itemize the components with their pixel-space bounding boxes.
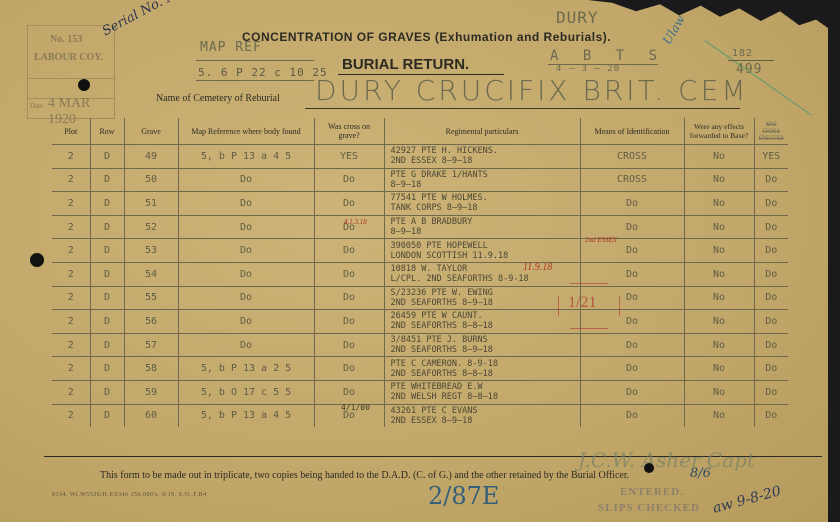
cell-map-ref: 5, b P 13 a 4 5 [178, 145, 314, 169]
cemetery-label: Name of Cemetery of Reburial [156, 93, 280, 104]
cell-regimental: PTE G DRAKE 1/HANTS8—9—18 [384, 168, 580, 192]
cell-effects: No [684, 404, 754, 427]
table-row: 2D56DoDo26459 PTE W CAUNT.2ND SEAFORTHS … [52, 310, 788, 334]
cell-erected: Do [754, 192, 788, 216]
cell-cross: Do [314, 310, 384, 334]
cell-cross: Do [314, 239, 384, 263]
cell-means: Do [580, 262, 684, 286]
abts-label: A B T S [550, 48, 665, 64]
map-ref-label: MAP REF [200, 40, 262, 55]
burial-table: Plot Row Grave Map Reference where body … [52, 118, 788, 427]
col-cross-erected: WAS CROSS ERECTED [754, 118, 788, 145]
cell-grave: 57 [124, 333, 178, 357]
col-grave: Grave [124, 118, 178, 145]
cell-cross: Do [314, 357, 384, 381]
cell-regimental: PTE C CAMERON. 8-9-182ND SEAFORTHS 8—8—1… [384, 357, 580, 381]
cell-erected: Do [754, 168, 788, 192]
cell-means: Do [580, 380, 684, 404]
table-row: 2D495, b P 13 a 4 5YES42927 PTE H. HICKE… [52, 145, 788, 169]
cell-grave: 50 [124, 168, 178, 192]
cell-means: Do [580, 357, 684, 381]
cell-grave: 59 [124, 380, 178, 404]
cell-effects: No [684, 286, 754, 310]
stamp-unit-name: LABOUR COY. [34, 52, 103, 63]
cell-map-ref: 5, b P 13 a 4 5 [178, 404, 314, 427]
cell-effects: No [684, 239, 754, 263]
cell-regimental: 77541 PTE W HOLMES.TANK CORPS 8—9—18 [384, 192, 580, 216]
punch-hole [30, 253, 44, 267]
cell-erected: YES [754, 145, 788, 169]
cell-erected: Do [754, 262, 788, 286]
cell-grave: 54 [124, 262, 178, 286]
col-map-ref: Map Reference where body found [178, 118, 314, 145]
cell-plot: 2 [52, 262, 90, 286]
red-regiment-annotation: 2nd ESSEX [585, 236, 617, 244]
cell-effects: No [684, 262, 754, 286]
cell-effects: No [684, 145, 754, 169]
cell-means: Do [580, 192, 684, 216]
cell-erected: Do [754, 215, 788, 239]
cell-effects: No [684, 192, 754, 216]
cell-grave: 52 [124, 215, 178, 239]
cell-map-ref: 5, b O 17 c 5 5 [178, 380, 314, 404]
table-row: 2D605, b P 13 a 4 5Do43261 PTE C EVANS2N… [52, 404, 788, 427]
cell-row: D [90, 333, 124, 357]
cell-effects: No [684, 168, 754, 192]
cell-map-ref: Do [178, 286, 314, 310]
print-code: 8134. Wt.W5526/H.P.6346 150,000's. 9/19.… [52, 492, 207, 498]
slips-checked-stamp: SLIPS CHECKED [598, 502, 700, 514]
col-row: Row [90, 118, 124, 145]
cell-cross: YES [314, 145, 384, 169]
burial-return-form: No. 153 LABOUR COY. Date 4 MAR 1920 Seri… [0, 0, 828, 522]
cell-cross: Do [314, 333, 384, 357]
cell-effects: No [684, 310, 754, 334]
cell-grave: 49 [124, 145, 178, 169]
cell-map-ref: Do [178, 333, 314, 357]
cell-grave: 58 [124, 357, 178, 381]
table-row: 2D595, b O 17 c 5 5DoPTE WHITEBREAD E.W2… [52, 380, 788, 404]
cell-row: D [90, 404, 124, 427]
col-plot: Plot [52, 118, 90, 145]
cell-map-ref: Do [178, 310, 314, 334]
cell-regimental: 26459 PTE W CAUNT.2ND SEAFORTHS 8—8—18 [384, 310, 580, 334]
cell-map-ref: Do [178, 192, 314, 216]
cell-plot: 2 [52, 192, 90, 216]
cell-plot: 2 [52, 215, 90, 239]
cell-regimental: PTE WHITEBREAD E.W2ND WELSH REGT 8—8—18 [384, 380, 580, 404]
cell-plot: 2 [52, 357, 90, 381]
cell-row: D [90, 310, 124, 334]
cell-plot: 2 [52, 333, 90, 357]
table-row: 2D585, b P 13 a 2 5DoPTE C CAMERON. 8-9-… [52, 357, 788, 381]
ref-fraction-top: 182 [732, 48, 753, 59]
stamp-unit-no: No. 153 [50, 34, 82, 45]
cell-row: D [90, 262, 124, 286]
form-title: CONCENTRATION OF GRAVES (Exhumation and … [242, 30, 611, 44]
table-row: 2D57DoDo3/8451 PTE J. BURNS2ND SEAFORTHS… [52, 333, 788, 357]
cell-erected: Do [754, 239, 788, 263]
cell-means: Do [580, 404, 684, 427]
cell-regimental: PTE A B BRADBURY8—9—18 [384, 215, 580, 239]
cell-row: D [90, 192, 124, 216]
ink-dot [644, 463, 654, 473]
cell-means: Do [580, 333, 684, 357]
red-date-annotation-2: 11.9.18 [523, 262, 552, 273]
date-annotation-row11: 4/1/00 [341, 403, 370, 412]
table-row: 2D50DoDoPTE G DRAKE 1/HANTS8—9—18CROSSNo… [52, 168, 788, 192]
cell-erected: Do [754, 404, 788, 427]
cell-erected: Do [754, 357, 788, 381]
cell-row: D [90, 168, 124, 192]
cell-grave: 55 [124, 286, 178, 310]
serial-no: Serial No. NR. 84. [100, 0, 213, 39]
cell-grave: 51 [124, 192, 178, 216]
cell-effects: No [684, 380, 754, 404]
cell-row: D [90, 380, 124, 404]
cell-map-ref: Do [178, 239, 314, 263]
cell-regimental: 42927 PTE H. HICKENS.2ND ESSEX 8—9—18 [384, 145, 580, 169]
cell-cross: Do [314, 192, 384, 216]
footer-instruction: This form to be made out in triplicate, … [100, 470, 629, 481]
cell-means: CROSS [580, 168, 684, 192]
cell-effects: No [684, 357, 754, 381]
torn-edge [588, 0, 828, 28]
cell-row: D [90, 286, 124, 310]
form-subtitle: BURIAL RETURN. [342, 56, 469, 73]
table-header: Plot Row Grave Map Reference where body … [52, 118, 788, 145]
cell-map-ref: Do [178, 168, 314, 192]
table-row: 2D51DoDo77541 PTE W HOLMES.TANK CORPS 8—… [52, 192, 788, 216]
cell-erected: Do [754, 286, 788, 310]
cell-plot: 2 [52, 380, 90, 404]
top-note-dury: DURY [556, 8, 599, 27]
map-ref-value: 5. 6 P 22 c 10 25 [198, 66, 328, 79]
stamp-date-label: Date [30, 102, 43, 110]
cell-plot: 2 [52, 404, 90, 427]
abts-date: 4 — 3 — 20 [556, 64, 620, 74]
entered-stamp: ENTERED. [620, 486, 684, 498]
cell-row: D [90, 239, 124, 263]
cell-plot: 2 [52, 145, 90, 169]
table-row: 2D55DoDoS/23236 PTE W. EWING2ND SEAFORTH… [52, 286, 788, 310]
cell-map-ref: Do [178, 215, 314, 239]
cell-row: D [90, 215, 124, 239]
slips-signature: aw 9-8-20 [711, 483, 783, 517]
cell-plot: 2 [52, 239, 90, 263]
cell-effects: No [684, 333, 754, 357]
cell-grave: 53 [124, 239, 178, 263]
cell-grave: 60 [124, 404, 178, 427]
officer-signature: J.C.W. Asher Capt [578, 448, 755, 472]
cell-plot: 2 [52, 286, 90, 310]
cell-map-ref: 5, b P 13 a 2 5 [178, 357, 314, 381]
cell-plot: 2 [52, 168, 90, 192]
cell-erected: Do [754, 310, 788, 334]
cemetery-name: DURY CRUCIFIX BRIT. CEM [315, 74, 749, 107]
cell-regimental: 43261 PTE C EVANS2ND ESSEX 8—9—18 [384, 404, 580, 427]
reference-number: 2/87E [428, 482, 499, 510]
cell-map-ref: Do [178, 262, 314, 286]
cell-cross: Do [314, 168, 384, 192]
cell-row: D [90, 357, 124, 381]
table-row: 2D53DoDo390050 PTE HOPEWELLLONDON SCOTTI… [52, 239, 788, 263]
cell-plot: 2 [52, 310, 90, 334]
col-means-id: Means of Identification [580, 118, 684, 145]
col-regimental: Regimental particulars [384, 118, 580, 145]
labour-coy-stamp: No. 153 LABOUR COY. Date 4 MAR 1920 [27, 25, 115, 119]
red-stamp-text: 1/21 [568, 294, 596, 312]
table-row: 2D52DoDoPTE A B BRADBURY8—9—18DoNoDo [52, 215, 788, 239]
cell-means: CROSS [580, 145, 684, 169]
col-cross: Was cross on grave? [314, 118, 384, 145]
cell-effects: No [684, 215, 754, 239]
table-row: 2D54DoDo10818 W. TAYLORL/CPL. 2ND SEAFOR… [52, 262, 788, 286]
cell-erected: Do [754, 333, 788, 357]
cell-erected: Do [754, 380, 788, 404]
ink-blot [78, 79, 90, 91]
cell-cross: Do [314, 286, 384, 310]
cell-regimental: 3/8451 PTE J. BURNS2ND SEAFORTHS 8—9—18 [384, 333, 580, 357]
cell-cross: Do [314, 380, 384, 404]
cell-cross: Do [314, 262, 384, 286]
cell-row: D [90, 145, 124, 169]
cell-regimental: 390050 PTE HOPEWELLLONDON SCOTTISH 11.9.… [384, 239, 580, 263]
red-date-annotation: 4.1.3.18 [344, 218, 367, 226]
cell-regimental: S/23236 PTE W. EWING2ND SEAFORTHS 8—9—18 [384, 286, 580, 310]
cell-grave: 56 [124, 310, 178, 334]
blue-note: Ulaw [660, 13, 688, 47]
col-effects: Were any effects forwarded to Base? [684, 118, 754, 145]
